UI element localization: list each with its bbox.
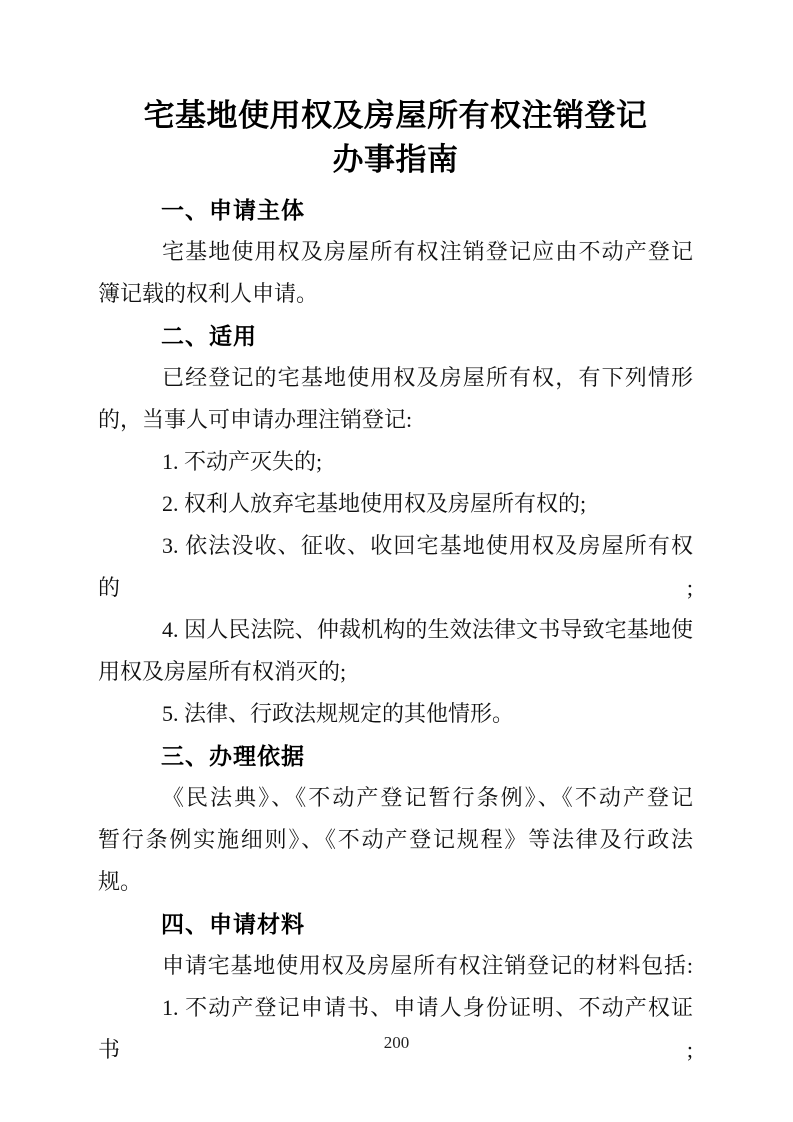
section-heading-application-subject: 一、申请主体 <box>98 189 693 231</box>
document-title-line2: 办事指南 <box>98 138 693 182</box>
list-item-line: 用权及房屋所有权消灭的; <box>98 651 693 693</box>
section-heading-application-materials: 四、申请材料 <box>98 903 693 945</box>
document-title-line1: 宅基地使用权及房屋所有权注销登记 <box>98 94 693 138</box>
document-body: 一、申请主体 宅基地使用权及房屋所有权注销登记应由不动产登记 簿记载的权利人申请… <box>98 189 693 1071</box>
body-line: 规。 <box>98 861 693 903</box>
body-line: 宅基地使用权及房屋所有权注销登记应由不动产登记 <box>98 231 693 273</box>
list-item-line: 1. 不动产登记申请书、申请人身份证明、不动产权证书; <box>98 987 693 1071</box>
body-line: 暂行条例实施细则》、《不动产登记规程》等法律及行政法 <box>98 819 693 861</box>
list-item-line: 3. 依法没收、征收、收回宅基地使用权及房屋所有权的; <box>98 525 693 609</box>
document-content: 宅基地使用权及房屋所有权注销登记 办事指南 一、申请主体 宅基地使用权及房屋所有… <box>98 0 693 1071</box>
body-line: 已经登记的宅基地使用权及房屋所有权，有下列情形 <box>98 357 693 399</box>
list-item-line: 1. 不动产灭失的; <box>98 441 693 483</box>
list-item-line: 2. 权利人放弃宅基地使用权及房屋所有权的; <box>98 483 693 525</box>
body-line: 《民法典》、《不动产登记暂行条例》、《不动产登记 <box>98 777 693 819</box>
body-line: 簿记载的权利人申请。 <box>98 273 693 315</box>
document-page: 宅基地使用权及房屋所有权注销登记 办事指南 一、申请主体 宅基地使用权及房屋所有… <box>0 0 793 1122</box>
document-title: 宅基地使用权及房屋所有权注销登记 办事指南 <box>98 94 693 182</box>
page-number: 200 <box>0 1033 793 1053</box>
section-heading-applicability: 二、适用 <box>98 315 693 357</box>
section-heading-legal-basis: 三、办理依据 <box>98 735 693 777</box>
list-item-line: 4. 因人民法院、仲裁机构的生效法律文书导致宅基地使 <box>98 609 693 651</box>
body-line: 的，当事人可申请办理注销登记: <box>98 399 693 441</box>
list-item-line: 5. 法律、行政法规规定的其他情形。 <box>98 693 693 735</box>
body-line: 申请宅基地使用权及房屋所有权注销登记的材料包括: <box>98 945 693 987</box>
